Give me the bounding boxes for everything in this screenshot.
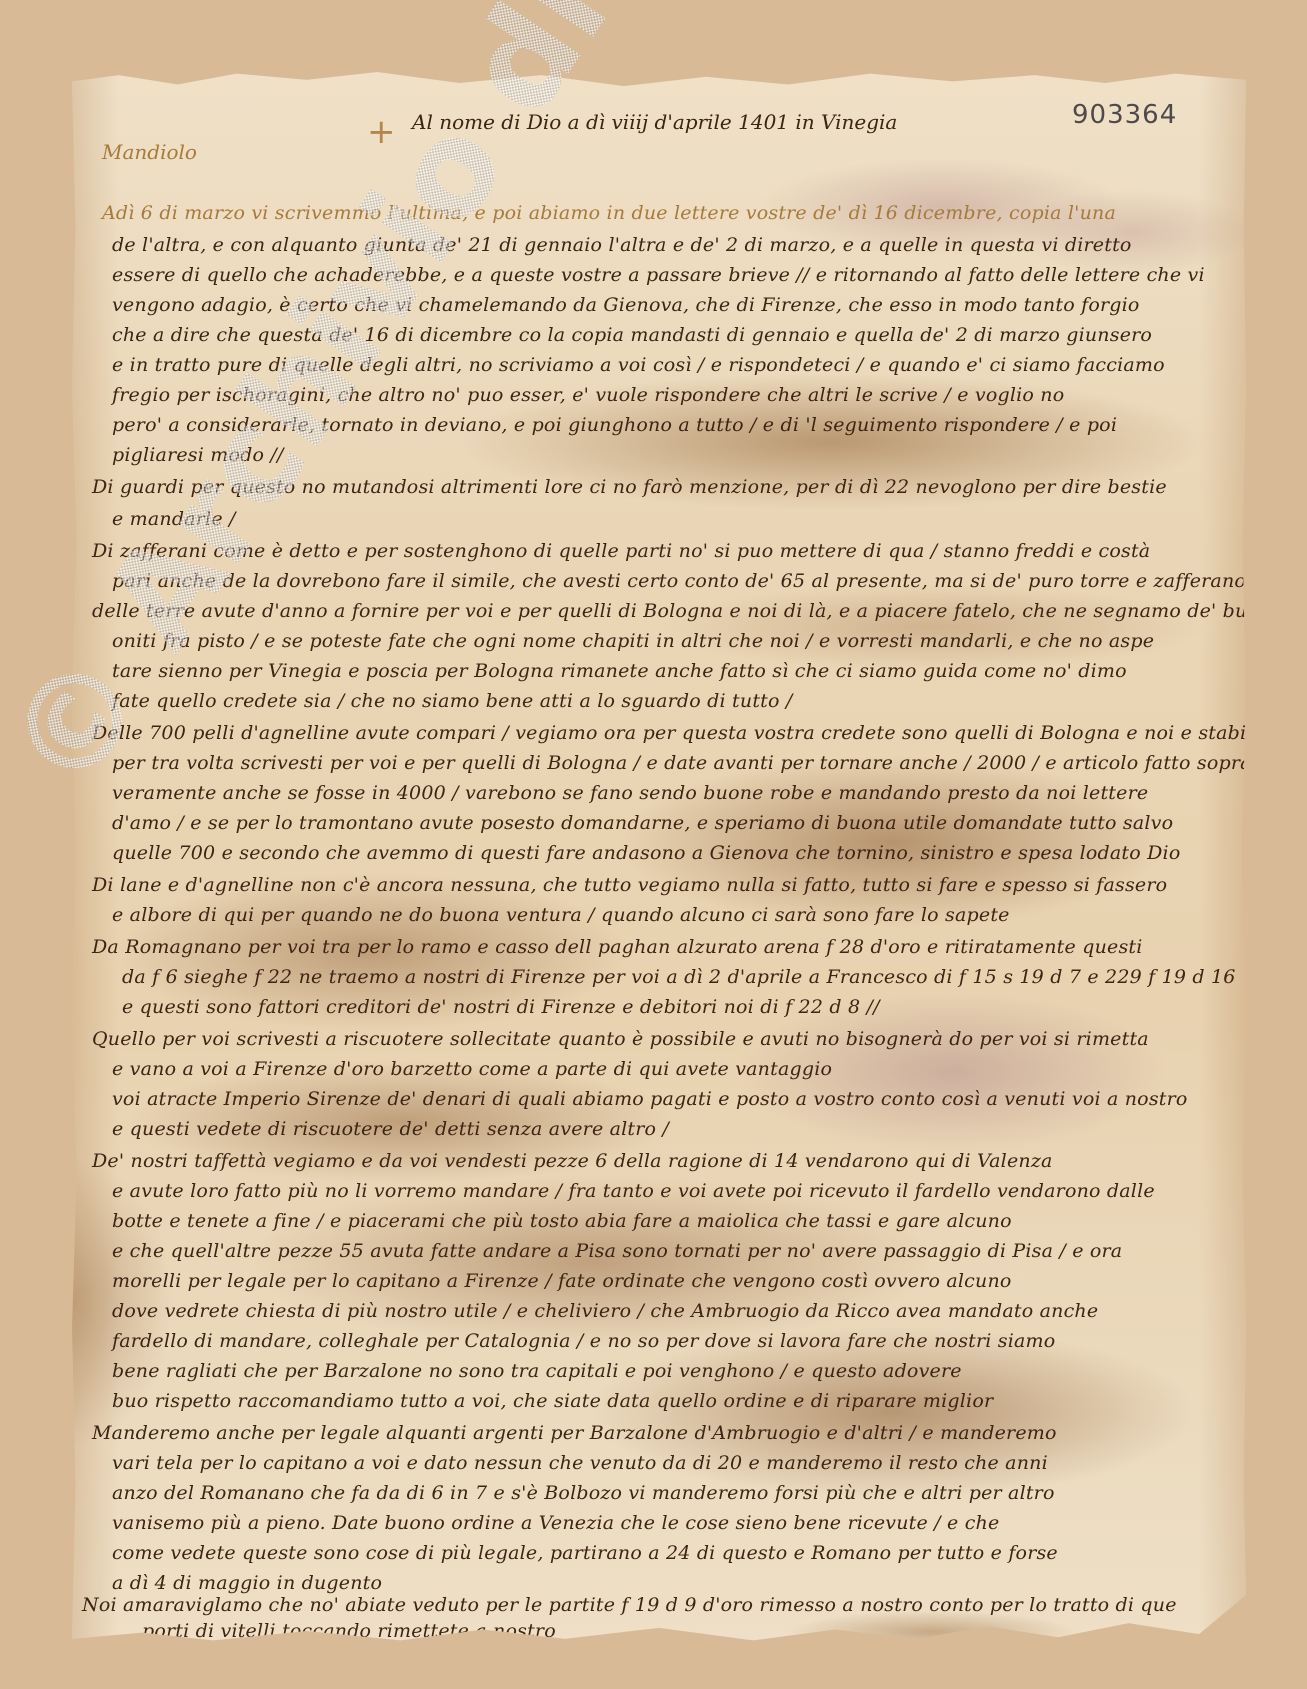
letter-header-date-line: Al nome di Dio a dì viiij d'aprile 1401 … [412, 110, 897, 134]
text-line: per tra volta scrivesti per voi e per qu… [112, 752, 1252, 774]
text-line: Di zafferani come è detto e per sostengh… [92, 540, 1150, 562]
archive-sheet-number: 903364 [1072, 100, 1177, 130]
text-line: bene ragliati che per Barzalone no sono … [112, 1360, 962, 1382]
text-line: d'amo / e se per lo tramontano avute pos… [112, 812, 1173, 834]
text-line: Di lane e d'agnelline non c'è ancora nes… [92, 874, 1167, 896]
text-line: vari tela per lo capitano a voi e dato n… [112, 1452, 1048, 1474]
manuscript-page: + Al nome di Dio a dì viiij d'aprile 140… [72, 72, 1246, 1642]
cross-symbol: + [367, 112, 396, 152]
text-line: porti di vitelli toccando rimettete a no… [142, 1620, 556, 1642]
text-line: oniti fra pisto / e se poteste fate che … [112, 630, 1154, 652]
text-line: voi atracte Imperio Sirenze de' denari d… [112, 1088, 1188, 1110]
text-line: e che quell'altre pezze 55 avuta fatte a… [112, 1240, 1122, 1262]
text-line: Adì 6 di marzo vi scrivemmo l'ultima, e … [102, 202, 1116, 224]
text-line: pigliaresi modo // [112, 444, 284, 466]
text-line: che a dire che questa de' 16 di dicembre… [112, 324, 1152, 346]
text-line: pero' a considerarle, tornato in deviano… [112, 414, 1117, 436]
text-line: delle terre avute d'anno a fornire per v… [92, 600, 1247, 622]
text-line: dove vedrete chiesta di più nostro utile… [112, 1300, 1098, 1322]
text-line: come vedete queste sono cose di più lega… [112, 1542, 1058, 1564]
text-line: De' nostri taffettà vegiamo e da voi ven… [92, 1150, 1053, 1172]
text-line: pari anche de la dovrebono fare il simil… [112, 570, 1246, 592]
text-line: fregio per ischoragini, che altro no' pu… [112, 384, 1064, 406]
text-line: a dì 4 di maggio in dugento [112, 1572, 382, 1594]
text-line: botte e tenete a fine / e piacerami che … [112, 1210, 1012, 1232]
text-line: vanisemo più a pieno. Date buono ordine … [112, 1512, 999, 1534]
text-line: da f 6 sieghe f 22 ne traemo a nostri di… [122, 966, 1236, 988]
text-line: Di guardi per questo no mutandosi altrim… [92, 476, 1167, 498]
text-line: de l'altra, e con alquanto giunta de' 21… [112, 234, 1132, 256]
text-line: Noi amaraviglamo che no' abiate veduto p… [82, 1594, 1177, 1616]
text-line: e questi vedete di riscuotere de' detti … [112, 1118, 669, 1140]
text-line: e avute loro fatto più no li vorremo man… [112, 1180, 1155, 1202]
text-line: Quello per voi scrivesti a riscuotere so… [92, 1028, 1149, 1050]
text-line: e vano a voi a Firenze d'oro barzetto co… [112, 1058, 832, 1080]
text-line: fardello di mandare, colleghale per Cata… [112, 1330, 1055, 1352]
addressee-note: Mandiolo [102, 140, 197, 164]
text-line: buo rispetto raccomandiamo tutto a voi, … [112, 1390, 993, 1412]
text-line: Manderemo anche per legale alquanti arge… [92, 1422, 1057, 1444]
text-line: e questi sono fattori creditori de' nost… [122, 996, 880, 1018]
text-line: Da Romagnano per voi tra per lo ramo e c… [92, 936, 1143, 958]
text-line: quelle 700 e secondo che avemmo di quest… [112, 842, 1180, 864]
text-line: e mandarle / [112, 508, 236, 530]
text-line: e albore di qui per quando ne do buona v… [112, 904, 1010, 926]
text-line: e in tratto pure di quelle degli altri, … [112, 354, 1165, 376]
text-line: anzo del Romanano che fa da di 6 in 7 e … [112, 1482, 1055, 1504]
text-line: tare sienno per Vinegia e poscia per Bol… [112, 660, 1127, 682]
text-line: fate quello credete sia / che no siamo b… [112, 690, 792, 712]
text-line: Delle 700 pelli d'agnelline avute compar… [92, 722, 1297, 744]
text-line: vengono adagio, è certo che vi chamelema… [112, 294, 1140, 316]
text-line: essere di quello che achaderebbe, e a qu… [112, 264, 1205, 286]
text-line: morelli per legale per lo capitano a Fir… [112, 1270, 1012, 1292]
text-line: veramente anche se fosse in 4000 / vareb… [112, 782, 1148, 804]
